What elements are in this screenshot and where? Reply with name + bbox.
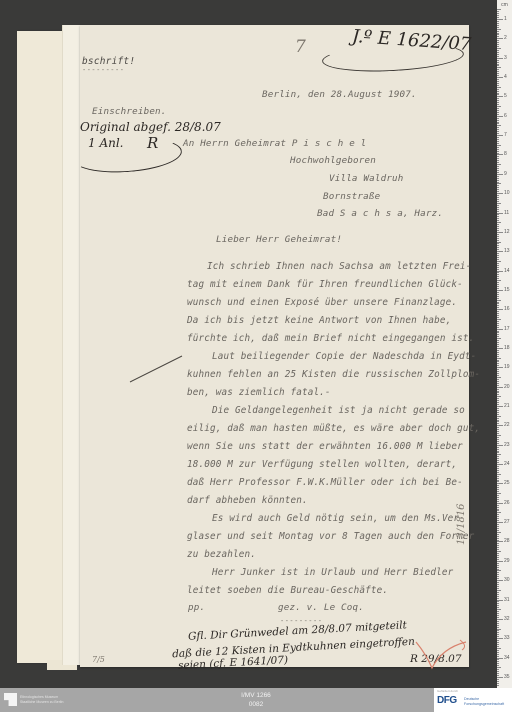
ruler-minor-tick xyxy=(497,669,499,670)
ruler-minor-tick xyxy=(497,143,499,144)
ruler-minor-tick xyxy=(497,209,499,210)
ruler-minor-tick xyxy=(497,627,499,628)
ruler-minor-tick xyxy=(497,373,499,374)
ruler-minor-tick xyxy=(497,607,499,608)
ruler-minor-tick xyxy=(497,153,499,154)
ruler-minor-tick xyxy=(497,526,499,527)
ruler-tick-label: 18 xyxy=(504,345,510,351)
ruler-minor-tick xyxy=(497,253,499,254)
ruler-minor-tick xyxy=(497,609,501,610)
ruler-minor-tick xyxy=(497,576,499,577)
ruler-minor-tick xyxy=(497,603,499,604)
ruler-minor-tick xyxy=(497,151,499,152)
ruler-minor-tick xyxy=(497,621,499,622)
ruler-minor-tick xyxy=(497,300,501,301)
ruler-minor-tick xyxy=(497,404,499,405)
ruler-minor-tick xyxy=(497,247,499,248)
ruler-minor-tick xyxy=(497,85,499,86)
recipient-line-3: Villa Waldruh xyxy=(329,173,404,184)
ruler-minor-tick xyxy=(497,681,499,682)
ruler-tick-label: 31 xyxy=(504,597,510,603)
ruler-minor-tick xyxy=(497,259,499,260)
ruler-minor-tick xyxy=(497,598,499,599)
ruler-tick-label: 14 xyxy=(504,268,510,274)
ruler-minor-tick xyxy=(497,410,499,411)
ruler-minor-tick xyxy=(497,421,499,422)
ruler-minor-tick xyxy=(497,123,499,124)
ruler-minor-tick xyxy=(497,480,499,481)
ruler-minor-tick xyxy=(497,460,499,461)
ruler-minor-tick xyxy=(497,108,499,109)
ruler-tick-label: 2 xyxy=(504,35,507,41)
body-line: Die Geldangelegenheit ist ja nicht gerad… xyxy=(212,405,465,416)
left-margin-note: 7/5 xyxy=(92,655,105,664)
ruler-tick-label: 22 xyxy=(504,422,510,428)
ruler-minor-tick xyxy=(497,456,499,457)
ruler-minor-tick xyxy=(497,472,499,473)
ruler-minor-tick xyxy=(497,129,499,130)
ruler-minor-tick xyxy=(497,158,499,159)
ruler-minor-tick xyxy=(497,218,499,219)
ruler-minor-tick xyxy=(497,187,499,188)
ruler-tick-label: 27 xyxy=(504,519,510,525)
ruler-minor-tick xyxy=(497,342,499,343)
ruler-minor-tick xyxy=(497,481,499,482)
ruler-tick-label: 15 xyxy=(504,287,510,293)
ruler-minor-tick xyxy=(497,371,499,372)
ruler-minor-tick xyxy=(497,470,499,471)
ruler-minor-tick xyxy=(497,387,503,388)
body-line: kuhnen fehlen an 25 Kisten die russische… xyxy=(187,369,480,380)
ruler-minor-tick xyxy=(497,131,499,132)
ruler-minor-tick xyxy=(497,46,499,47)
ruler-minor-tick xyxy=(497,183,501,184)
ruler-minor-tick xyxy=(497,207,499,208)
ruler-minor-tick xyxy=(497,675,499,676)
ruler-minor-tick xyxy=(497,350,499,351)
ruler-minor-tick xyxy=(497,17,499,18)
ruler-minor-tick xyxy=(497,243,499,244)
ruler-minor-tick xyxy=(497,528,499,529)
body-line: Ich schrieb Ihnen nach Sachsa am letzten… xyxy=(207,261,471,272)
ruler-minor-tick xyxy=(497,491,499,492)
ruler-minor-tick xyxy=(497,311,499,312)
ruler-minor-tick xyxy=(497,257,499,258)
museum-logo-icon xyxy=(4,693,17,706)
ruler-minor-tick xyxy=(497,439,499,440)
ruler-minor-tick xyxy=(497,271,503,272)
ruler-minor-tick xyxy=(497,284,499,285)
funded-by-label: Gefördert durch xyxy=(437,689,458,693)
ruler-minor-tick xyxy=(497,561,503,562)
ruler-minor-tick xyxy=(497,385,499,386)
ruler-minor-tick xyxy=(497,278,499,279)
ruler-minor-tick xyxy=(497,91,499,92)
ruler-minor-tick xyxy=(497,118,499,119)
ruler-minor-tick xyxy=(497,545,499,546)
ruler-minor-tick xyxy=(497,379,499,380)
ruler-minor-tick xyxy=(497,114,499,115)
ruler-minor-tick xyxy=(497,110,499,111)
ruler-tick-label: 20 xyxy=(504,384,510,390)
ruler-minor-tick xyxy=(497,56,499,57)
ruler-minor-tick xyxy=(497,156,499,157)
ruler-minor-tick xyxy=(497,36,499,37)
ruler-tick-label: 7 xyxy=(504,132,507,138)
ruler-minor-tick xyxy=(497,377,501,378)
ruler-minor-tick xyxy=(497,305,499,306)
ruler-minor-tick xyxy=(497,213,503,214)
ruler-minor-tick xyxy=(497,435,501,436)
ruler-minor-tick xyxy=(497,661,499,662)
ruler-minor-tick xyxy=(497,164,501,165)
ruler-minor-tick xyxy=(497,679,499,680)
folio-number: 7 xyxy=(295,37,306,57)
ruler-minor-tick xyxy=(497,391,499,392)
ruler-minor-tick xyxy=(497,665,499,666)
red-pencil-checkmark xyxy=(412,638,470,670)
ruler-minor-tick xyxy=(497,352,499,353)
ruler-minor-tick xyxy=(497,451,499,452)
ruler-minor-tick xyxy=(497,613,499,614)
ruler-minor-tick xyxy=(497,19,503,20)
ruler-minor-tick xyxy=(497,205,499,206)
ruler-minor-tick xyxy=(497,569,499,570)
ruler-minor-tick xyxy=(497,462,499,463)
ruler-minor-tick xyxy=(497,429,499,430)
ruler-minor-tick xyxy=(497,433,499,434)
ruler-minor-tick xyxy=(497,100,499,101)
ruler-minor-tick xyxy=(497,25,499,26)
ruler-minor-tick xyxy=(497,555,499,556)
ruler-minor-tick xyxy=(497,147,499,148)
ruler-minor-tick xyxy=(497,563,499,564)
ruler-minor-tick xyxy=(497,137,499,138)
ruler-minor-tick xyxy=(497,127,499,128)
ruler-minor-tick xyxy=(497,514,499,515)
ruler-minor-tick xyxy=(497,145,501,146)
ruler-minor-tick xyxy=(497,269,499,270)
ruler-minor-tick xyxy=(497,319,501,320)
ruler-minor-tick xyxy=(497,441,499,442)
ruler-minor-tick xyxy=(497,541,503,542)
ruler-minor-tick xyxy=(497,75,499,76)
ruler-minor-tick xyxy=(497,487,499,488)
ruler-minor-tick xyxy=(497,93,499,94)
body-line: Es wird auch Geld nötig sein, um den Ms.… xyxy=(212,513,465,524)
body-line: ben, was ziemlich fatal.- xyxy=(187,387,331,398)
body-line: tag mit einem Dank für Ihren freundliche… xyxy=(187,279,463,290)
ruler-minor-tick xyxy=(497,203,501,204)
ruler-minor-tick xyxy=(497,458,499,459)
ruler-minor-tick xyxy=(497,570,501,571)
ruler-minor-tick xyxy=(497,559,499,560)
ruler-minor-tick xyxy=(497,94,499,95)
ruler-tick-label: 32 xyxy=(504,616,510,622)
ruler-minor-tick xyxy=(497,489,499,490)
ruler-minor-tick xyxy=(497,476,499,477)
ruler-minor-tick xyxy=(497,656,499,657)
ruler-minor-tick xyxy=(497,98,499,99)
ruler-minor-tick xyxy=(497,623,499,624)
ruler-minor-tick xyxy=(497,538,499,539)
ruler-tick-label: 35 xyxy=(504,674,510,680)
ruler-minor-tick xyxy=(497,50,499,51)
ruler-minor-tick xyxy=(497,185,499,186)
ruler-minor-tick xyxy=(497,323,499,324)
ruler-minor-tick xyxy=(497,166,499,167)
ruler-minor-tick xyxy=(497,516,499,517)
ruler-minor-tick xyxy=(497,81,499,82)
ruler-minor-tick xyxy=(497,478,499,479)
ruler-minor-tick xyxy=(497,62,499,63)
ruler-minor-tick xyxy=(497,630,499,631)
registered-mail-label: Einschreiben. xyxy=(92,106,167,117)
ruler-minor-tick xyxy=(497,671,499,672)
ruler-minor-tick xyxy=(497,168,499,169)
ruler-minor-tick xyxy=(497,505,499,506)
ruler-minor-tick xyxy=(497,315,499,316)
body-line: Laut beiliegender Copie der Nadeschda in… xyxy=(212,351,476,362)
ruler-minor-tick xyxy=(497,64,499,65)
ruler-minor-tick xyxy=(497,644,499,645)
ruler-minor-tick xyxy=(497,466,499,467)
ruler-minor-tick xyxy=(497,600,503,601)
ruler-minor-tick xyxy=(497,197,499,198)
body-line: daß Herr Professor F.W.K.Müller oder ich… xyxy=(187,477,463,488)
ruler-minor-tick xyxy=(497,518,499,519)
ruler-minor-tick xyxy=(497,499,499,500)
ruler-minor-tick xyxy=(497,406,503,407)
ruler-minor-tick xyxy=(497,522,503,523)
ruler-minor-tick xyxy=(497,272,499,273)
ruler-tick-label: 13 xyxy=(504,248,510,254)
ruler-minor-tick xyxy=(497,485,499,486)
ruler-minor-tick xyxy=(497,663,499,664)
ruler-minor-tick xyxy=(497,367,503,368)
ruler-minor-tick xyxy=(497,503,503,504)
ruler-tick-label: 29 xyxy=(504,558,510,564)
ruler-tick-label: 5 xyxy=(504,93,507,99)
ruler-minor-tick xyxy=(497,497,499,498)
ruler-minor-tick xyxy=(497,524,499,525)
ruler-minor-tick xyxy=(497,615,499,616)
ruler-minor-tick xyxy=(497,290,503,291)
body-line: zu bezahlen. xyxy=(187,549,256,560)
ruler-minor-tick xyxy=(497,586,499,587)
ruler-minor-tick xyxy=(497,348,503,349)
ruler-minor-tick xyxy=(497,292,499,293)
ruler-minor-tick xyxy=(497,214,499,215)
ruler-minor-tick xyxy=(497,79,499,80)
ruler-minor-tick xyxy=(497,286,499,287)
ruler-minor-tick xyxy=(497,449,499,450)
ruler-minor-tick xyxy=(497,230,499,231)
ruler-tick-label: 34 xyxy=(504,655,510,661)
place-date: Berlin, den 28.August 1907. xyxy=(262,89,417,100)
ruler-minor-tick xyxy=(497,133,499,134)
ruler-minor-tick xyxy=(497,617,499,618)
museum-subtitle: Staatliche Museen zu Berlin xyxy=(20,700,63,704)
ruler-minor-tick xyxy=(497,369,499,370)
ruler-minor-tick xyxy=(497,216,499,217)
per-procura: pp. xyxy=(188,602,205,613)
body-line: darf abheben könnten. xyxy=(187,495,308,506)
ruler-minor-tick xyxy=(497,178,499,179)
ruler-minor-tick xyxy=(497,191,499,192)
ruler-minor-tick xyxy=(497,381,499,382)
ruler-minor-tick xyxy=(497,580,503,581)
ruler-minor-tick xyxy=(497,632,499,633)
ruler-tick-label: 17 xyxy=(504,326,510,332)
dfg-name-line-1: Deutsche xyxy=(464,697,479,701)
ruler-minor-tick xyxy=(497,629,501,630)
ruler-minor-tick xyxy=(497,360,499,361)
ruler-minor-tick xyxy=(497,193,503,194)
ruler-minor-tick xyxy=(497,588,499,589)
ruler-tick-label: 9 xyxy=(504,171,507,177)
ruler-minor-tick xyxy=(497,274,499,275)
ruler-minor-tick xyxy=(497,578,499,579)
ruler-minor-tick xyxy=(497,27,499,28)
ruler-minor-tick xyxy=(497,236,499,237)
ruler-minor-tick xyxy=(497,71,499,72)
ruler-minor-tick xyxy=(497,234,499,235)
ruler-minor-tick xyxy=(497,509,499,510)
ruler-minor-tick xyxy=(497,594,499,595)
ruler-minor-tick xyxy=(497,58,503,59)
ruler-minor-tick xyxy=(497,15,499,16)
ruler-minor-tick xyxy=(497,220,499,221)
ruler-minor-tick xyxy=(497,392,499,393)
ruler-minor-tick xyxy=(497,106,501,107)
body-line: wunsch und einen Exposé über unsere Fina… xyxy=(187,297,457,308)
ruler-minor-tick xyxy=(497,375,499,376)
ruler-minor-tick xyxy=(497,251,503,252)
ruler-minor-tick xyxy=(497,33,499,34)
ruler-tick-label: 12 xyxy=(504,229,510,235)
ruler-minor-tick xyxy=(497,11,499,12)
ruler-minor-tick xyxy=(497,280,501,281)
ruler-minor-tick xyxy=(497,551,501,552)
copy-label-underline: --------- xyxy=(82,66,124,74)
ruler-minor-tick xyxy=(497,445,503,446)
ruler-minor-tick xyxy=(497,611,499,612)
ruler-minor-tick xyxy=(497,398,499,399)
ruler-minor-tick xyxy=(497,54,499,55)
ruler-minor-tick xyxy=(497,42,499,43)
ruler-minor-tick xyxy=(497,396,501,397)
ruler-minor-tick xyxy=(497,228,499,229)
ruler-minor-tick xyxy=(497,567,499,568)
ruler-minor-tick xyxy=(497,667,501,668)
ruler-minor-tick xyxy=(497,321,499,322)
ruler-minor-tick xyxy=(497,572,499,573)
ruler-minor-tick xyxy=(497,182,499,183)
ruler-minor-tick xyxy=(497,464,503,465)
ruler-minor-tick xyxy=(497,265,499,266)
dfg-name-line-2: Forschungsgemeinschaft xyxy=(464,702,504,706)
ruler-minor-tick xyxy=(497,67,501,68)
ruler-minor-tick xyxy=(497,201,499,202)
ruler-minor-tick xyxy=(497,120,499,121)
ruler-minor-tick xyxy=(497,222,501,223)
ruler-minor-tick xyxy=(497,454,501,455)
ruler-tick-label: 33 xyxy=(504,635,510,641)
ruler-minor-tick xyxy=(497,180,499,181)
ruler-minor-tick xyxy=(497,557,499,558)
ruler-minor-tick xyxy=(497,83,499,84)
ruler-minor-tick xyxy=(497,40,499,41)
ruler-minor-tick xyxy=(497,302,499,303)
ruler-minor-tick xyxy=(497,172,499,173)
ruler-minor-tick xyxy=(497,534,499,535)
ruler-minor-tick xyxy=(497,23,499,24)
ruler-minor-tick xyxy=(497,363,499,364)
ruler-minor-tick xyxy=(497,590,501,591)
page-number: 0082 xyxy=(200,700,312,709)
ruler-minor-tick xyxy=(497,443,499,444)
ruler-tick-label: 24 xyxy=(504,461,510,467)
ruler-minor-tick xyxy=(497,483,503,484)
ruler-minor-tick xyxy=(497,427,499,428)
ruler-minor-tick xyxy=(497,574,499,575)
ruler-minor-tick xyxy=(497,135,503,136)
ruler-minor-tick xyxy=(497,425,503,426)
ruler-minor-tick xyxy=(497,358,501,359)
ruler-minor-tick xyxy=(497,48,501,49)
ruler-minor-tick xyxy=(497,313,499,314)
museum-name: Ethnologisches Museum xyxy=(20,695,58,699)
ruler-minor-tick xyxy=(497,389,499,390)
ruler-minor-tick xyxy=(497,232,503,233)
ruler-unit: cm xyxy=(497,2,512,8)
ruler-minor-tick xyxy=(497,332,499,333)
ruler-minor-tick xyxy=(497,125,501,126)
ruler-minor-tick xyxy=(497,625,499,626)
ruler-minor-tick xyxy=(497,547,499,548)
scale-ruler: cm 1234567891011121314151617181920212223… xyxy=(497,0,512,688)
ruler-minor-tick xyxy=(497,474,501,475)
ruler-minor-tick xyxy=(497,329,503,330)
ruler-minor-tick xyxy=(497,102,499,103)
ruler-minor-tick xyxy=(497,116,503,117)
ruler-minor-tick xyxy=(497,122,499,123)
ruler-tick-label: 26 xyxy=(504,500,510,506)
ruler-minor-tick xyxy=(497,601,499,602)
ruler-minor-tick xyxy=(497,224,499,225)
ruler-minor-tick xyxy=(497,420,499,421)
ruler-minor-tick xyxy=(497,520,499,521)
ruler-tick-label: 3 xyxy=(504,55,507,61)
ruler-tick-label: 11 xyxy=(504,210,509,216)
ruler-minor-tick xyxy=(497,638,503,639)
ruler-minor-tick xyxy=(497,174,503,175)
ruler-minor-tick xyxy=(497,69,499,70)
signature-typed: gez. v. Le Coq. xyxy=(278,602,364,613)
ruler-minor-tick xyxy=(497,38,503,39)
ruler-minor-tick xyxy=(497,242,501,243)
body-line: 18.000 M zur Verfügung stellen wollten, … xyxy=(187,459,457,470)
ruler-minor-tick xyxy=(497,298,499,299)
ruler-minor-tick xyxy=(497,77,503,78)
ruler-minor-tick xyxy=(497,416,501,417)
ruler-minor-tick xyxy=(497,89,499,90)
ruler-minor-tick xyxy=(497,338,501,339)
ruler-minor-tick xyxy=(497,327,499,328)
ruler-minor-tick xyxy=(497,189,499,190)
salutation: Lieber Herr Geheimrat! xyxy=(216,234,342,245)
